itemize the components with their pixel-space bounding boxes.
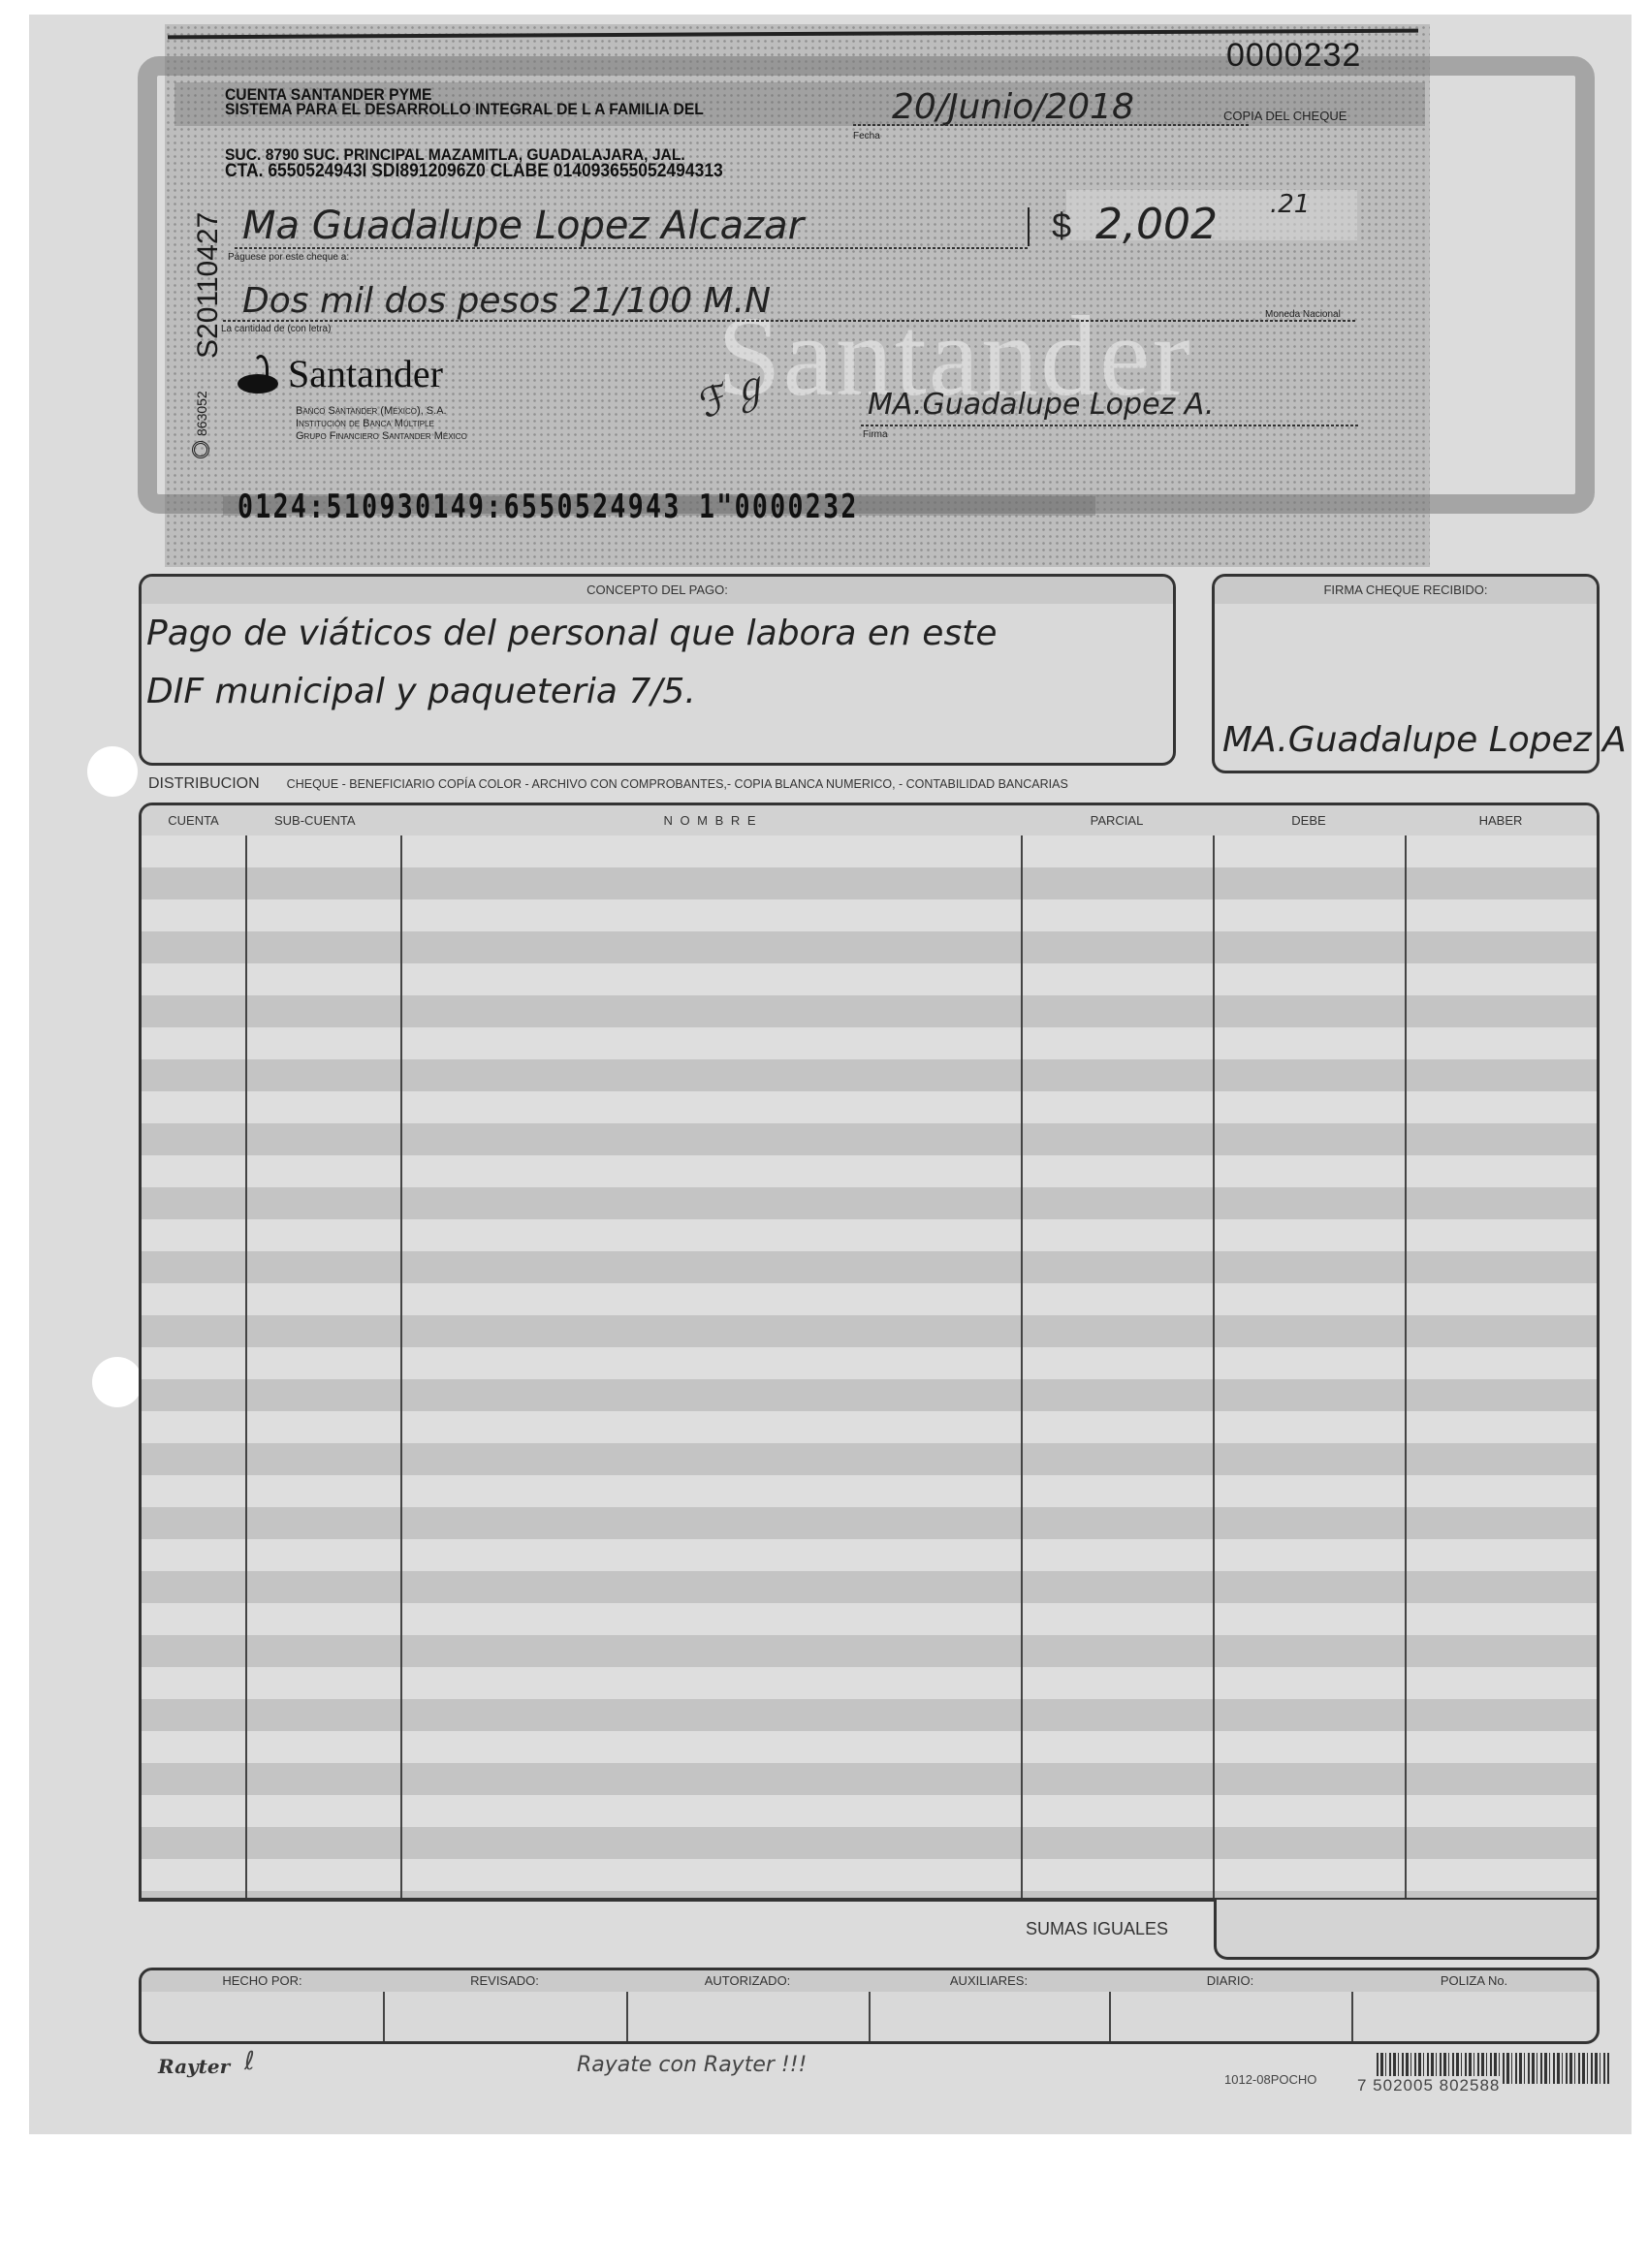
bank-line-3: Grupo Financiero Santander México: [296, 430, 467, 443]
poliza-label: POLIZA No.: [1351, 1970, 1597, 1992]
firma-recibido-label: FIRMA CHEQUE RECIBIDO:: [1215, 577, 1597, 604]
sumas-iguales-box: [1214, 1900, 1600, 1960]
column-divider: [1213, 835, 1215, 1898]
bank-line-2: Institución de Banca Múltiple: [296, 418, 467, 430]
bank-details: Banco Santander (México), S.A. Instituci…: [296, 405, 467, 443]
payee-line: [235, 247, 1030, 249]
distribution-table: CUENTA SUB-CUENTA N O M B R E PARCIAL DE…: [139, 803, 1600, 1901]
authorization-box: HECHO POR: REVISADO: AUTORIZADO: AUXILIA…: [139, 1968, 1600, 2044]
amount-words: Dos mil dos pesos 21/100 M.N: [242, 281, 771, 321]
signature-line: [861, 425, 1360, 426]
payee-divider: [1028, 207, 1030, 246]
cheque-number: 0000232: [1226, 37, 1361, 75]
amount-value: 2,002: [1095, 200, 1218, 249]
hole-punch: [87, 746, 138, 797]
account-holder: SISTEMA PARA EL DESARROLLO INTEGRAL DE L…: [225, 100, 704, 119]
column-divider: [1021, 835, 1023, 1898]
amount-words-label: La cantidad de (con letra): [221, 324, 331, 334]
distribucion-row: DISTRIBUCIONCHEQUE - BENEFICIARIO COPÍA …: [148, 775, 1068, 793]
concepto-line-1: Pago de viáticos del personal que labora…: [146, 614, 997, 653]
field-divider: [1351, 1992, 1353, 2041]
distribucion-label: DISTRIBUCION: [148, 775, 260, 792]
date-label: Fecha: [853, 131, 880, 142]
bank-line-1: Banco Santander (México), S.A.: [296, 405, 467, 418]
col-nombre: N O M B R E: [400, 805, 1021, 835]
form-code: 1012-08POCHO: [1224, 2072, 1316, 2087]
hecho-por-label: HECHO POR:: [142, 1970, 383, 1992]
micr-line: 0124:510930149:6550524943 1"0000232: [238, 488, 859, 526]
auxiliares-label: AUXILIARES:: [869, 1970, 1109, 1992]
col-sub-cuenta: SUB-CUENTA: [245, 805, 400, 835]
concepto-line-2: DIF municipal y paqueteria 7/5.: [146, 672, 696, 711]
firma-recibido-signature: MA.Guadalupe Lopez A: [1222, 720, 1627, 760]
autorizado-label: AUTORIZADO:: [626, 1970, 869, 1992]
column-divider: [1405, 835, 1407, 1898]
col-haber: HABER: [1405, 805, 1597, 835]
santander-flame-icon: [238, 355, 278, 394]
column-divider: [400, 835, 402, 1898]
col-debe: DEBE: [1213, 805, 1405, 835]
serial-vertical: S20110427: [192, 212, 225, 359]
concepto-label: CONCEPTO DEL PAGO:: [142, 577, 1173, 604]
account-numbers: CTA. 6550524943I SDI8912096Z0 CLABE 0140…: [225, 161, 723, 182]
col-cuenta: CUENTA: [142, 805, 245, 835]
field-divider: [1109, 1992, 1111, 2041]
field-divider: [869, 1992, 871, 2041]
payee-value: Ma Guadalupe Lopez Alcazar: [242, 204, 804, 248]
signature-value: MA.Guadalupe Lopez A.: [868, 388, 1214, 422]
currency-symbol: $: [1052, 205, 1071, 246]
fingerprint-icon: [192, 441, 209, 458]
amount-cents: .21: [1270, 190, 1310, 219]
diario-label: DIARIO:: [1109, 1970, 1351, 1992]
amount-words-line: [223, 320, 1357, 322]
rayter-logo: Rayter: [158, 2055, 230, 2078]
hole-punch: [92, 1357, 143, 1407]
santander-logo: Santander: [238, 351, 443, 396]
col-parcial: PARCIAL: [1021, 805, 1213, 835]
payee-label: Páguese por este cheque a:: [228, 252, 349, 263]
slogan: Rayate con Rayter !!!: [577, 2053, 807, 2077]
revisado-label: REVISADO:: [383, 1970, 626, 1992]
field-divider: [626, 1992, 628, 2041]
date-line: [853, 124, 1251, 126]
currency-label: Moneda Nacional: [1265, 309, 1341, 320]
barcode-number: 7 502005 802588: [1355, 2076, 1502, 2095]
small-serial-vertical: 863052: [194, 391, 209, 436]
pen-icon: ℓ: [244, 2047, 255, 2076]
column-divider: [245, 835, 247, 1898]
field-divider: [383, 1992, 385, 2041]
copy-label: COPIA DEL CHEQUE: [1223, 109, 1347, 123]
date-value: 20/Junio/2018: [892, 87, 1134, 127]
signature-label: Firma: [863, 429, 888, 440]
distribucion-text: CHEQUE - BENEFICIARIO COPÍA COLOR - ARCH…: [287, 777, 1068, 791]
table-header: CUENTA SUB-CUENTA N O M B R E PARCIAL DE…: [142, 805, 1597, 835]
bank-name: Santander: [288, 351, 443, 396]
firma-recibido-box: FIRMA CHEQUE RECIBIDO: MA.Guadalupe Lope…: [1212, 574, 1600, 773]
concepto-box: CONCEPTO DEL PAGO: Pago de viáticos del …: [139, 574, 1176, 766]
sumas-iguales-label: SUMAS IGUALES: [1026, 1919, 1168, 1939]
